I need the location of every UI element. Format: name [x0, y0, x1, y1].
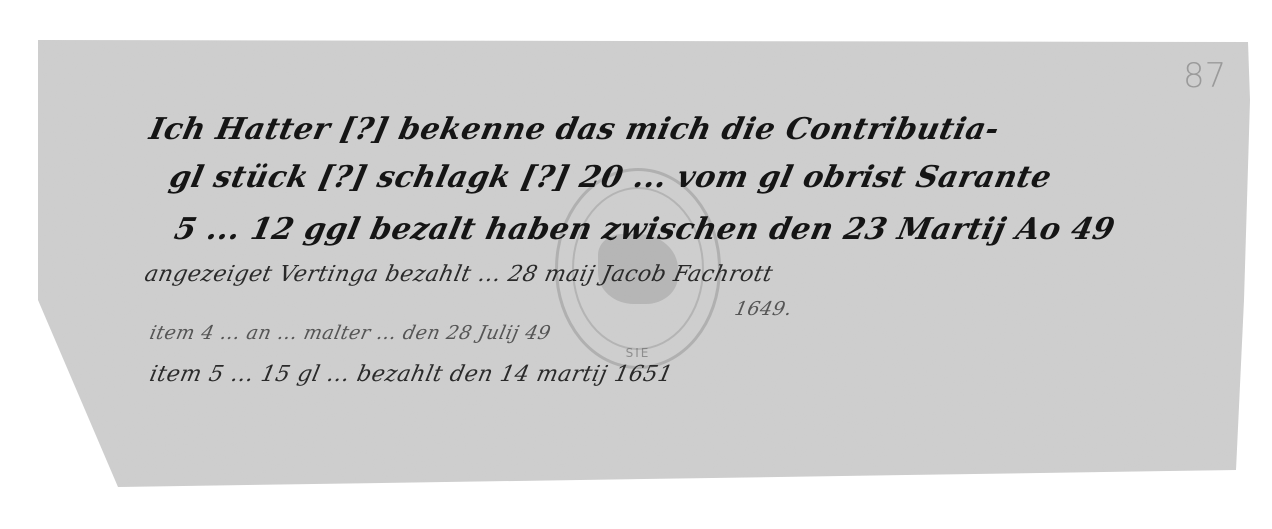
manuscript-line-5: 1649. — [733, 298, 795, 320]
manuscript-line-7: item 5 ... 15 gl ... bezahlt den 14 mart… — [147, 362, 675, 387]
folio-number: 87 — [1183, 56, 1226, 96]
manuscript-line-4: angezeiget Vertinga bezahlt ... 28 maij … — [142, 262, 775, 287]
manuscript-sheet: 87 SIE Ich Hatter [?] bekenne das mich d… — [0, 0, 1272, 529]
manuscript-line-2: gl stück [?] schlagk [?] 20 ... vom gl o… — [166, 160, 1055, 195]
manuscript-line-1: Ich Hatter [?] bekenne das mich die Cont… — [146, 112, 1002, 147]
seal-text: SIE — [558, 346, 718, 360]
manuscript-line-3: 5 ... 12 ggl bezalt haben zwischen den 2… — [171, 212, 1118, 247]
manuscript-line-6: item 4 ... an ... malter ... den 28 Juli… — [148, 322, 553, 344]
